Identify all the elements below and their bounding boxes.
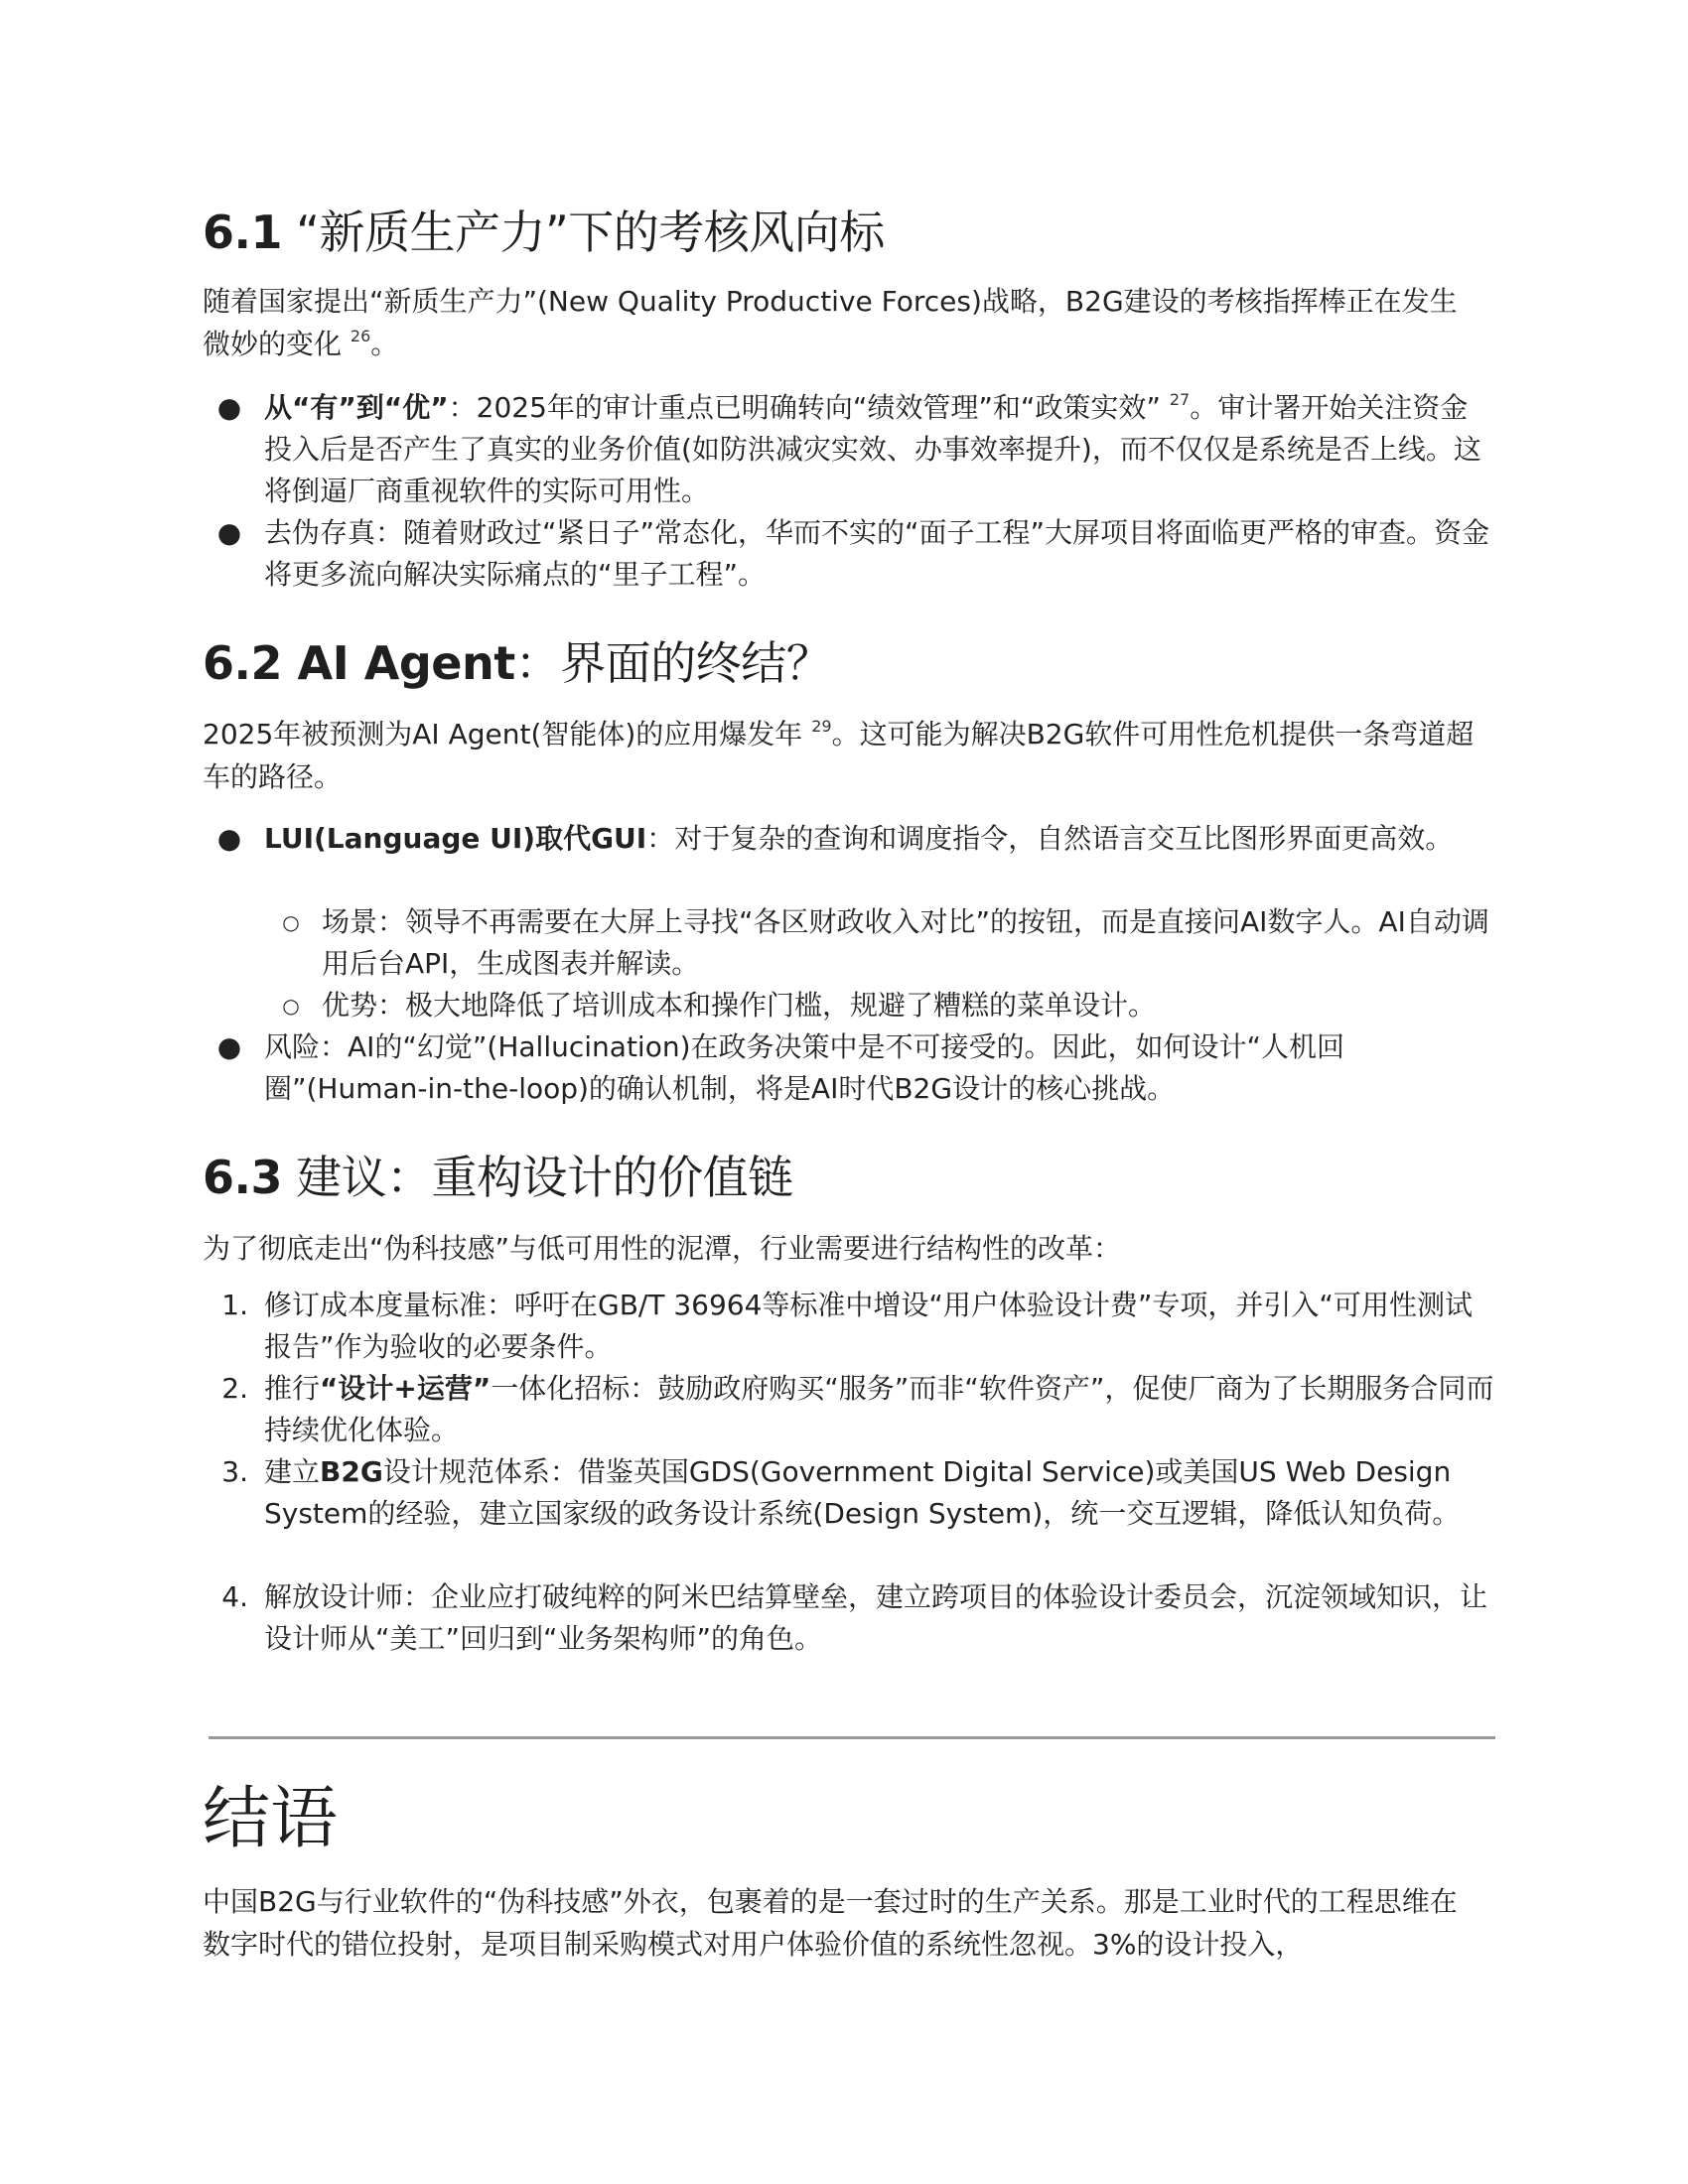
footnote-ref[interactable]: 26 [351,327,370,345]
list-item: ● 去伪存真：随着财政过“紧日子”常态化，华而不实的“面子工程”大屏项目将面临更… [264,512,1495,596]
item-bold: B2G [320,1455,383,1488]
item-number: 1. [205,1285,248,1326]
heading-6-3: 6.3 建议：重构设计的价值链 [203,1142,793,1207]
sub-bullet-text: 优势：极大地降低了培训成本和操作门槛，规避了糟糕的菜单设计。 [322,989,1156,1022]
intro-end: 。 [370,328,398,360]
conclusion-heading: 结语 [203,1765,338,1861]
horizontal-divider [209,1736,1495,1739]
numbered-item: 2. 推行“设计+运营”一体化招标：鼓励政府购买“服务”而非“软件资产”，促使厂… [264,1368,1495,1451]
bullet-label: LUI(Language UI)取代GUI [264,822,646,855]
item-prefix: 建立 [264,1455,320,1488]
bullet-icon: ● [214,387,244,429]
paragraph-6-3-intro: 为了彻底走出“伪科技感”与低可用性的泥潭，行业需要进行结构性的改革： [203,1227,1483,1270]
section-title: 建议：重构设计的价值链 [282,1151,793,1204]
bullet-text: 去伪存真：随着财政过“紧日子”常态化，华而不实的“面子工程”大屏项目将面临更严格… [264,516,1489,591]
conclusion-paragraph: 中国B2G与行业软件的“伪科技感”外衣，包裹着的是一套过时的生产关系。那是工业时… [203,1880,1483,1966]
list-item: ● 从“有”到“优”：2025年的审计重点已明确转向“绩效管理”和“政策实效” … [264,387,1495,512]
item-text: 解放设计师：企业应打破纯粹的阿米巴结算壁垒，建立跨项目的体验设计委员会，沉淀领域… [264,1580,1487,1655]
sub-list-item: ○ 场景：领导不再需要在大屏上寻找“各区财政收入对比”的按钮，而是直接问AI数字… [322,901,1498,985]
intro-text: 2025年被预测为AI Agent(智能体)的应用爆发年 [203,718,802,751]
numbered-item: 4. 解放设计师：企业应打破纯粹的阿米巴结算壁垒，建立跨项目的体验设计委员会，沉… [264,1576,1495,1660]
sub-bullet-text: 场景：领导不再需要在大屏上寻找“各区财政收入对比”的按钮，而是直接问AI数字人。… [322,905,1489,980]
footnote-ref[interactable]: 27 [1170,390,1190,409]
footnote-ref[interactable]: 29 [811,717,831,736]
sub-list-item: ○ 优势：极大地降低了培训成本和操作门槛，规避了糟糕的菜单设计。 [322,985,1498,1026]
bullet-icon: ● [214,818,244,860]
item-number: 4. [205,1576,248,1618]
list-item: ● 风险：AI的“幻觉”(Hallucination)在政务决策中是不可接受的。… [264,1026,1495,1110]
item-prefix: 推行 [264,1372,320,1405]
paragraph-6-2-intro: 2025年被预测为AI Agent(智能体)的应用爆发年 29。这可能为解决B2… [203,713,1483,798]
bullet-text: 风险：AI的“幻觉”(Hallucination)在政务决策中是不可接受的。因此… [264,1030,1344,1105]
section-title: “新质生产力”下的考核风向标 [296,205,885,259]
section-title: ：界面的终结？ [515,636,832,690]
section-number: 6.2 AI Agent [203,636,515,690]
bullet-icon: ● [214,512,244,554]
list-item: ● LUI(Language UI)取代GUI：对于复杂的查询和调度指令，自然语… [264,818,1495,860]
item-bold: “设计+运营” [320,1372,491,1405]
heading-6-1: 6.1 “新质生产力”下的考核风向标 [203,197,885,262]
item-number: 2. [205,1368,248,1410]
item-number: 3. [205,1451,248,1493]
section-number: 6.1 [203,205,282,259]
circle-bullet-icon: ○ [276,901,306,943]
bullet-label: 从“有”到“优” [264,391,449,424]
section-number: 6.3 [203,1151,282,1204]
bullet-icon: ● [214,1026,244,1068]
item-text: 修订成本度量标准：呼吁在GB/T 36964等标准中增设“用户体验设计费”专项，… [264,1289,1473,1363]
paragraph-6-1-intro: 随着国家提出“新质生产力”(New Quality Productive For… [203,280,1483,365]
bullet-text: ：2025年的审计重点已明确转向“绩效管理”和“政策实效” [449,391,1161,424]
heading-6-2: 6.2 AI Agent：界面的终结？ [203,627,831,693]
numbered-item: 1. 修订成本度量标准：呼吁在GB/T 36964等标准中增设“用户体验设计费”… [264,1285,1495,1368]
numbered-item: 3. 建立B2G设计规范体系：借鉴英国GDS(Government Digita… [264,1451,1495,1535]
bullet-text: ：对于复杂的查询和调度指令，自然语言交互比图形界面更高效。 [646,822,1453,855]
item-text: 设计规范体系：借鉴英国GDS(Government Digital Servic… [264,1455,1460,1530]
circle-bullet-icon: ○ [276,985,306,1026]
